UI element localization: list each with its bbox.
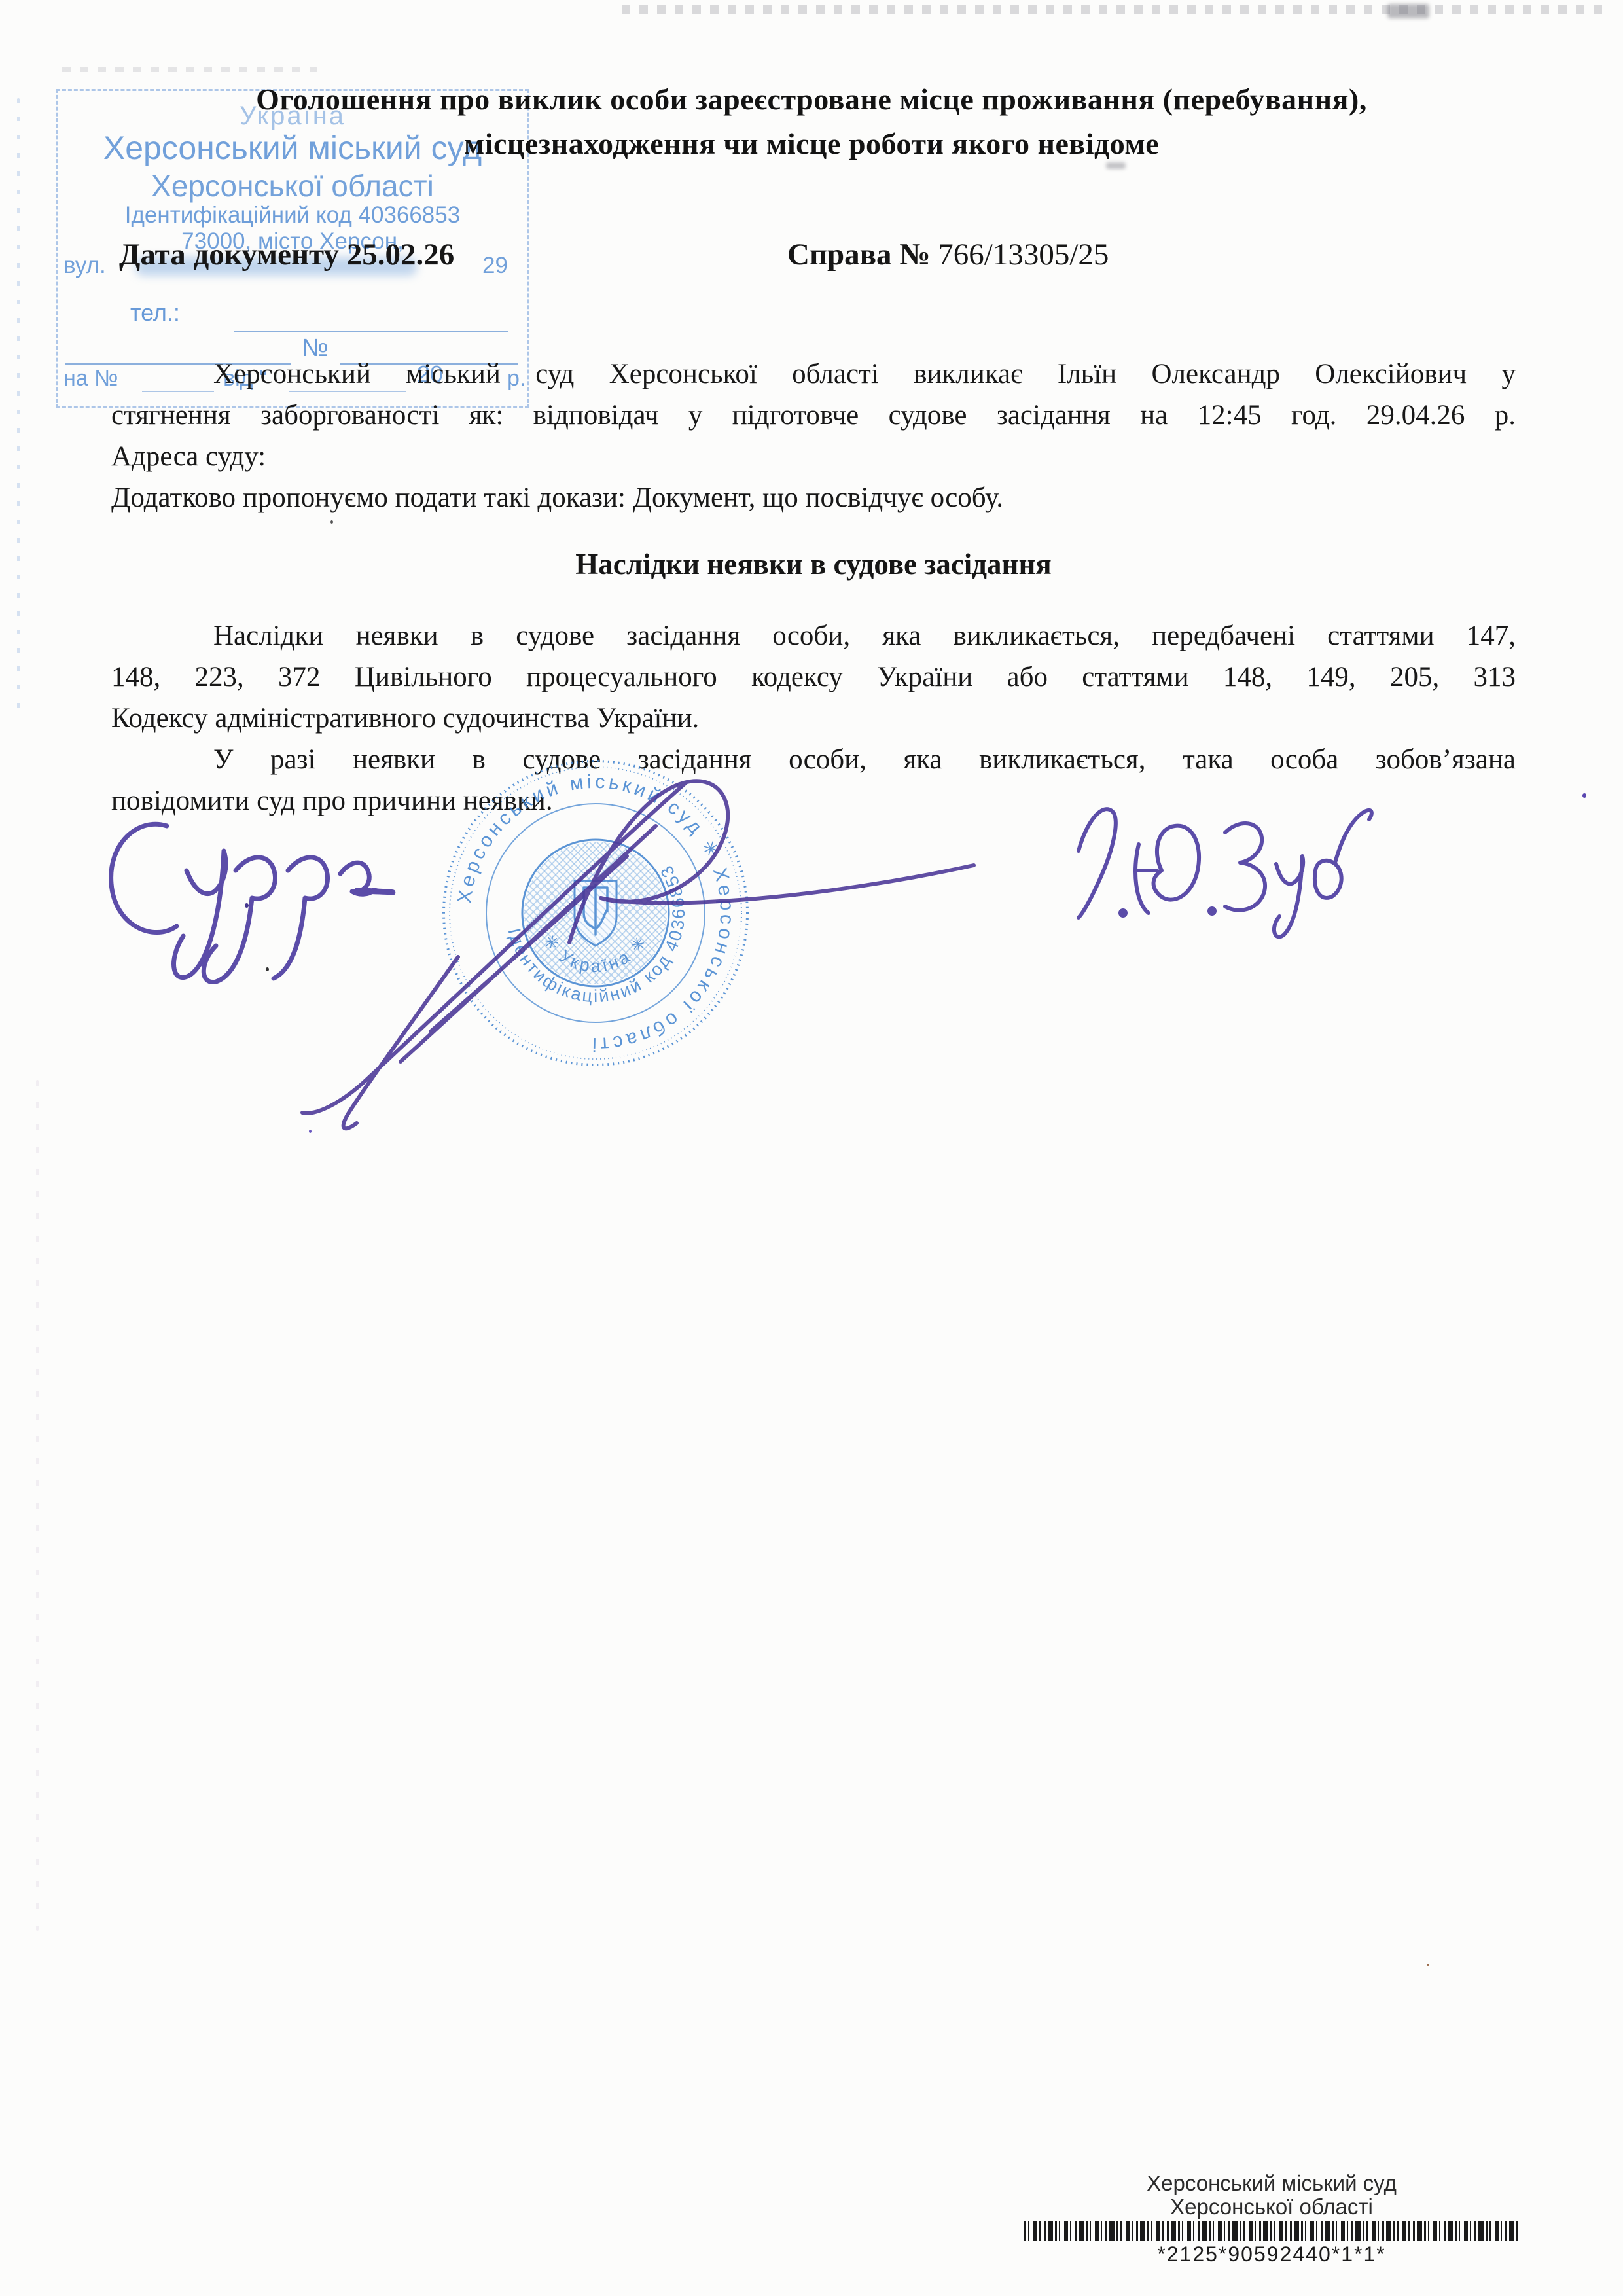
stamp-street-suffix: 29 bbox=[482, 253, 508, 279]
judge-name-handwriting bbox=[1054, 779, 1394, 962]
footer-block: Херсонський міський суд Херсонської обла… bbox=[1024, 2172, 1519, 2267]
judge-signature-flourish bbox=[262, 740, 1014, 1145]
paragraph2-line1: Наслідки неявки в судове засідання особи… bbox=[111, 619, 1516, 654]
stamp-phone-underline bbox=[234, 331, 508, 332]
ink-speck bbox=[1427, 1964, 1429, 1966]
document-title-line1: Оголошення про виклик особи зареєстрован… bbox=[92, 77, 1531, 122]
case-number-label: Справа № bbox=[787, 238, 931, 272]
footer-court-name-line2: Херсонської області bbox=[1024, 2195, 1519, 2219]
barcode-text: *2125*90592440*1*1* bbox=[1024, 2242, 1519, 2267]
document-date-label: Дата документу bbox=[119, 238, 339, 272]
paragraph1-line1: Херсонський міський суд Херсонської обла… bbox=[111, 357, 1516, 392]
paragraph2-line3: Кодексу адміністративного судочинства Ук… bbox=[111, 701, 1516, 736]
footer-court-name-line1: Херсонський міський суд bbox=[1024, 2172, 1519, 2195]
scan-noise-microline bbox=[62, 67, 317, 72]
document-title-line2: місцезнаходження чи місце роботи якого н… bbox=[92, 122, 1531, 166]
section-header: Наслідки неявки в судове засідання bbox=[111, 547, 1516, 581]
scan-noise-left-column bbox=[17, 98, 20, 720]
scan-smudge bbox=[1387, 4, 1429, 18]
paragraph1-line2: стягнення заборгованості як: відповідач … bbox=[111, 398, 1516, 433]
paragraph1-line3: Адреса суду: bbox=[111, 439, 1516, 475]
ink-speck bbox=[330, 520, 333, 524]
stamp-street-prefix: вул. bbox=[63, 253, 106, 279]
paragraph1-line4: Додатково пропонуємо подати такі докази:… bbox=[111, 480, 1516, 516]
case-number-value: 766/13305/25 bbox=[938, 238, 1109, 272]
stamp-id-code-line: Ідентифікаційний код 40366853 bbox=[58, 202, 527, 228]
stamp-incoming-label: на № bbox=[63, 366, 118, 391]
barcode-icon bbox=[1024, 2221, 1519, 2241]
document-date-value: 25.02.26 bbox=[347, 238, 455, 272]
document-title: Оголошення про виклик особи зареєстрован… bbox=[92, 77, 1531, 166]
paragraph2-line2: 148, 223, 372 Цивільного процесуального … bbox=[111, 660, 1516, 695]
stamp-phone-label: тел.: bbox=[130, 299, 180, 327]
document-date: Дата документу 25.02.26 bbox=[119, 237, 454, 272]
stamp-region-line: Херсонської області bbox=[58, 168, 527, 204]
scan-noise-left-column-lower bbox=[36, 1080, 39, 1931]
ink-speck bbox=[1582, 793, 1586, 798]
case-number: Справа № 766/13305/25 bbox=[787, 237, 1109, 272]
scan-noise-top-band bbox=[622, 5, 1603, 14]
scanned-court-document: Україна Херсонський міський суд Херсонсь… bbox=[0, 0, 1623, 2296]
